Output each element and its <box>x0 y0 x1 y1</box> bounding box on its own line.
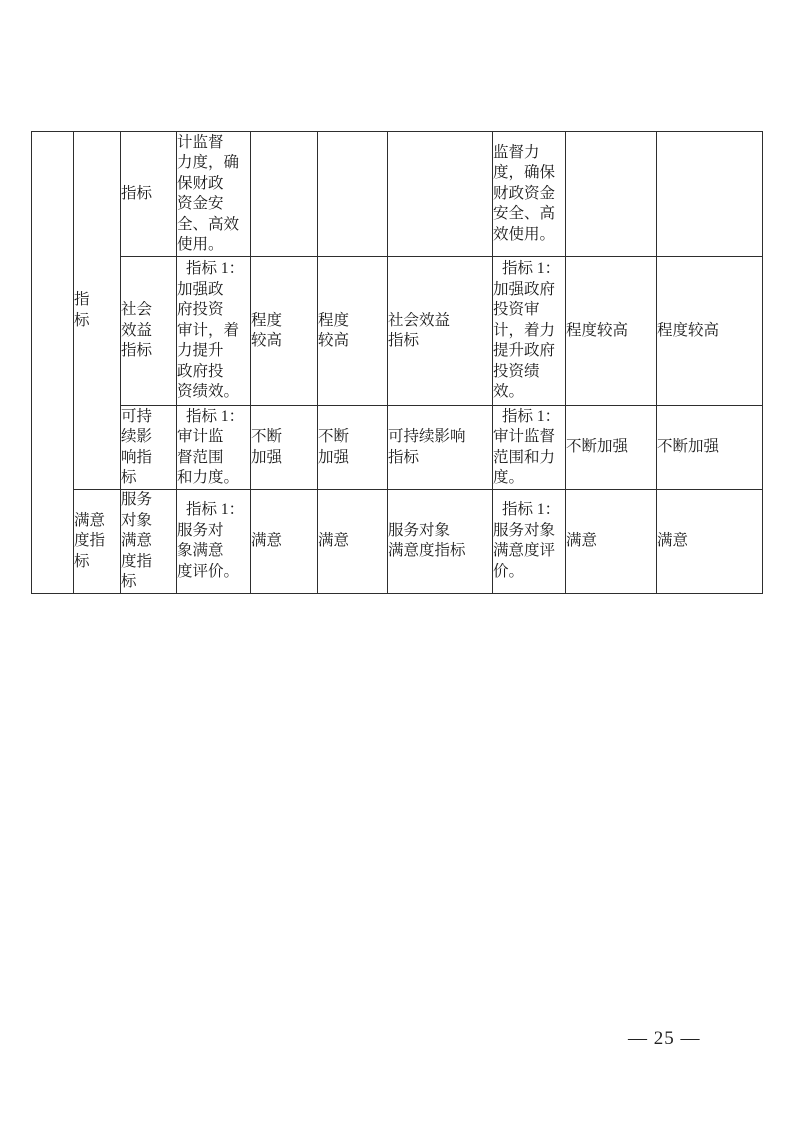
cell-indicator-description-right: 监督力 度，确保 财政资金 安全、高 效使用。 <box>493 132 566 257</box>
cell-indicator-name: 服务 对象 满意 度指 标 <box>121 490 177 594</box>
cell-indicator-description: 计监督 力度，确 保财政 资金安 全、高效 使用。 <box>177 132 251 257</box>
table-row-sustainable-impact: 可持 续影 响指 标 指标 1： 审计监 督范围 和力度。 不断 加强 不断 加… <box>32 406 763 490</box>
cell-indicator-name: 社会 效益 指标 <box>121 257 177 406</box>
cell-indicator-name: 指标 <box>121 132 177 257</box>
cell-indicator-description-right: 指标 1： 服务对象 满意度评 价。 <box>493 490 566 594</box>
cell-target-value-2-right: 不断加强 <box>657 406 763 490</box>
cell-target-value-1-right: 程度较高 <box>566 257 657 406</box>
page-number: — 25 — <box>628 1028 768 1050</box>
cell-target-value-1: 程度 较高 <box>251 257 318 406</box>
cell-target-value-1 <box>251 132 318 257</box>
cell-category-satisfaction: 满意 度指 标 <box>74 490 121 594</box>
cell-target-value-2-right: 满意 <box>657 490 763 594</box>
cell-target-value-2: 满意 <box>318 490 388 594</box>
table-row-satisfaction: 满意 度指 标 服务 对象 满意 度指 标 指标 1： 服务对 象满意 度评价。… <box>32 490 763 594</box>
cell-indicator-name-right: 社会效益 指标 <box>388 257 493 406</box>
cell-target-value-1-right: 满意 <box>566 490 657 594</box>
table-row-social-benefit: 社会 效益 指标 指标 1： 加强政 府投资 审计，着 力提升 政府投 资绩效。… <box>32 257 763 406</box>
performance-indicator-table: 指 标 指标 计监督 力度，确 保财政 资金安 全、高效 使用。 监督力 度，确… <box>31 131 763 594</box>
cell-indicator-name-right: 可持续影响 指标 <box>388 406 493 490</box>
cell-target-value-2: 不断 加强 <box>318 406 388 490</box>
cell-target-value-2: 程度 较高 <box>318 257 388 406</box>
cell-indicator-description-right: 指标 1： 加强政府 投资审 计，着力 提升政府 投资绩 效。 <box>493 257 566 406</box>
cell-target-value-1: 满意 <box>251 490 318 594</box>
cell-indicator-description: 指标 1： 加强政 府投资 审计，着 力提升 政府投 资绩效。 <box>177 257 251 406</box>
cell-target-value-1-right <box>566 132 657 257</box>
cell-target-value-1: 不断 加强 <box>251 406 318 490</box>
cell-indicator-description-right: 指标 1： 审计监督 范围和力 度。 <box>493 406 566 490</box>
cell-indicator-description: 指标 1： 审计监 督范围 和力度。 <box>177 406 251 490</box>
cell-indicator-description: 指标 1： 服务对 象满意 度评价。 <box>177 490 251 594</box>
document-page: 指 标 指标 计监督 力度，确 保财政 资金安 全、高效 使用。 监督力 度，确… <box>0 0 793 1122</box>
cell-indicator-name-right <box>388 132 493 257</box>
cell-target-value-2-right: 程度较高 <box>657 257 763 406</box>
cell-target-value-2 <box>318 132 388 257</box>
cell-indicator-name: 可持 续影 响指 标 <box>121 406 177 490</box>
cell-category-merged-continued: 指 标 <box>74 132 121 490</box>
cell-target-value-1-right: 不断加强 <box>566 406 657 490</box>
cell-indicator-name-right: 服务对象 满意度指标 <box>388 490 493 594</box>
cell-outer-merged-empty <box>32 132 74 594</box>
table-row-indicator-continued: 指 标 指标 计监督 力度，确 保财政 资金安 全、高效 使用。 监督力 度，确… <box>32 132 763 257</box>
cell-target-value-2-right <box>657 132 763 257</box>
